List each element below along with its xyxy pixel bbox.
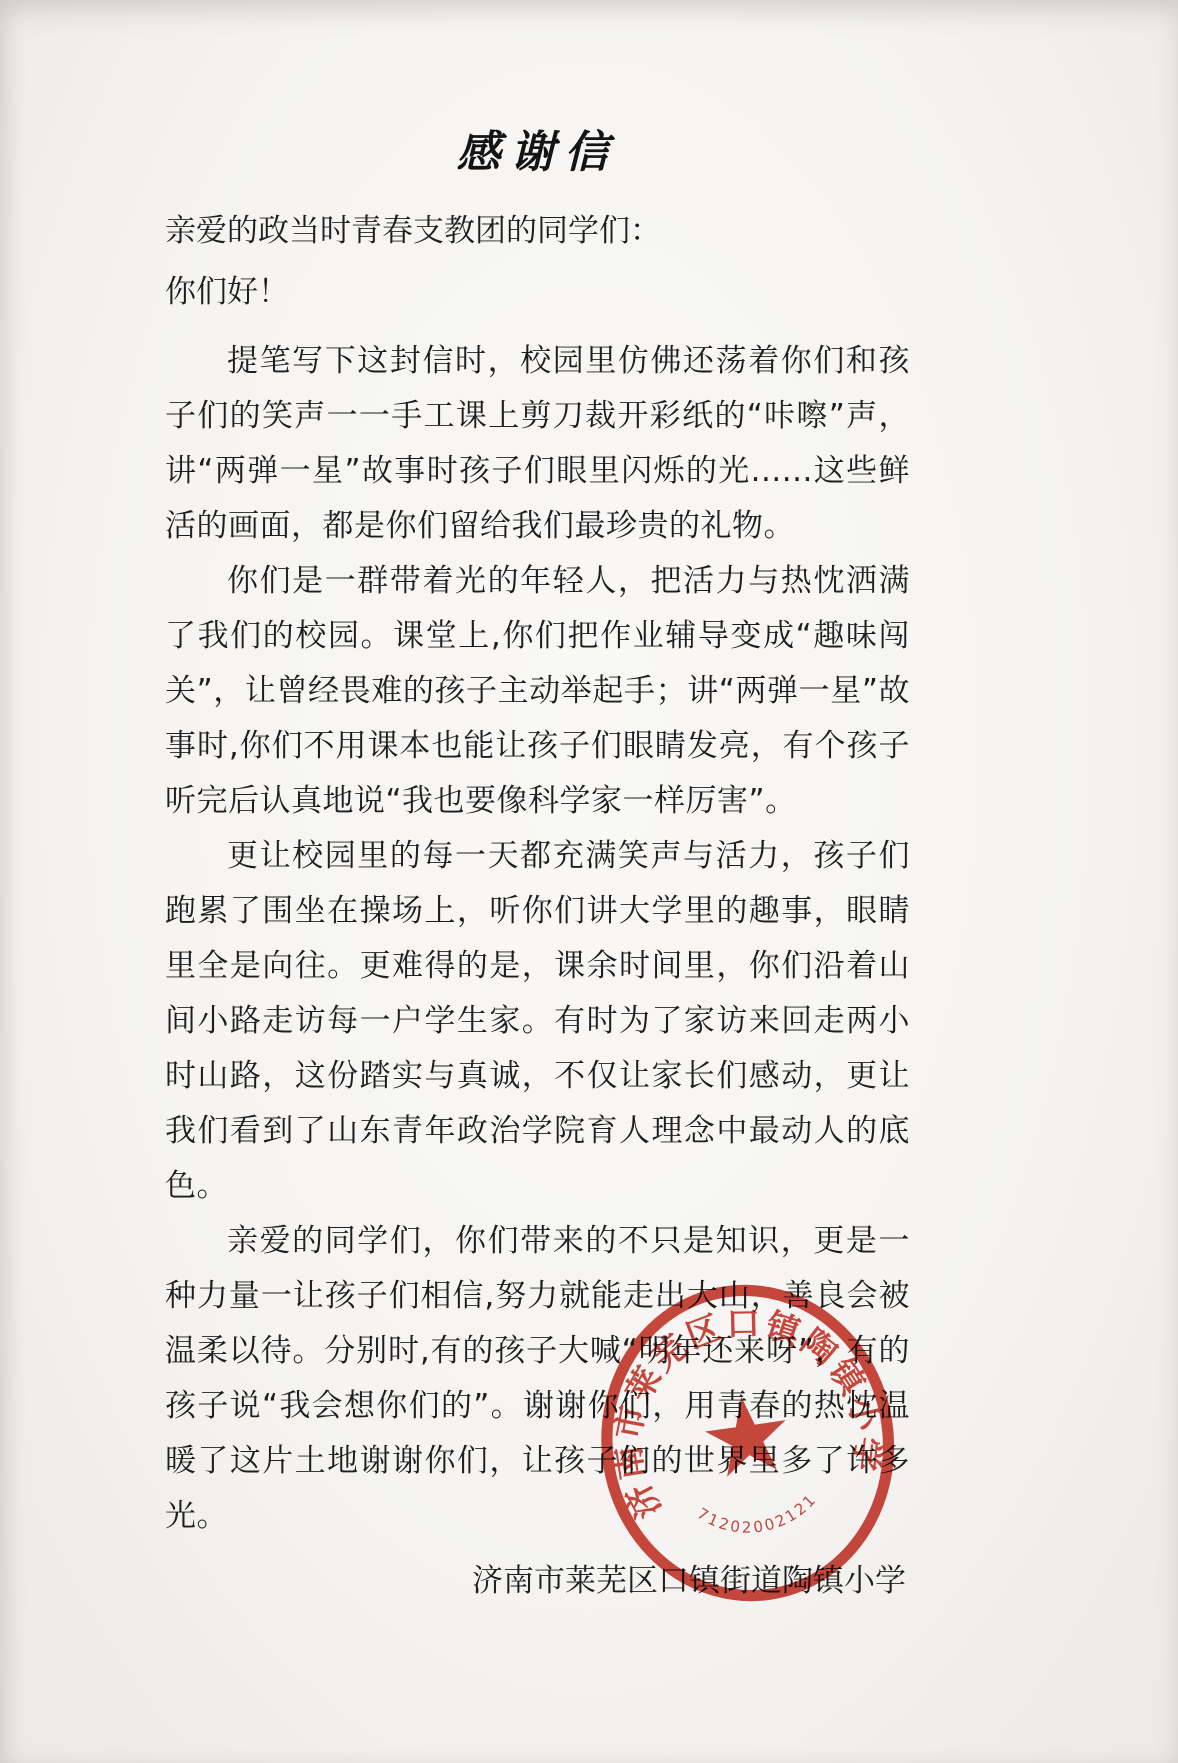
paragraph-3: 更让校园里的每一天都充满笑声与活力，孩子们跑累了围坐在操场上，听你们讲大学里的趣… (165, 829, 910, 1214)
signature: 济南市莱芜区口镇街道陶镇小学 (165, 1554, 910, 1609)
letter-page: 感谢信 亲爱的政当时青春支教团的同学们： 你们好！ 提笔写下这封信时，校园里仿佛… (0, 0, 1178, 1763)
paragraph-4: 亲爱的同学们，你们带来的不只是知识，更是一种力量一让孩子们相信,努力就能走出大山… (165, 1214, 910, 1544)
greeting: 你们好！ (165, 265, 910, 320)
paragraph-1: 提笔写下这封信时，校园里仿佛还荡着你们和孩子们的笑声一一手工课上剪刀裁开彩纸的“… (165, 334, 910, 554)
letter-title: 感谢信 (165, 116, 910, 180)
paragraph-2: 你们是一群带着光的年轻人，把活力与热忱洒满了我们的校园。课堂上,你们把作业辅导变… (165, 554, 910, 829)
letter-content: 感谢信 亲爱的政当时青春支教团的同学们： 你们好！ 提笔写下这封信时，校园里仿佛… (165, 0, 910, 1609)
salutation: 亲爱的政当时青春支教团的同学们： (165, 204, 910, 259)
letter-body: 提笔写下这封信时，校园里仿佛还荡着你们和孩子们的笑声一一手工课上剪刀裁开彩纸的“… (165, 334, 910, 1544)
